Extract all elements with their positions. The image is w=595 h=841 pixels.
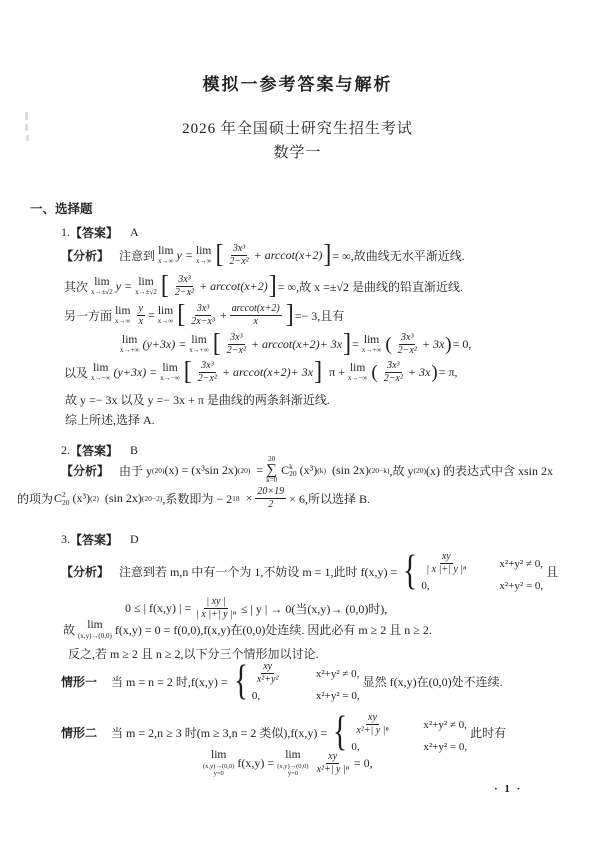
numerator: y bbox=[137, 303, 145, 316]
numerator: xy bbox=[366, 712, 379, 725]
fraction: xyx²+y² bbox=[255, 661, 281, 686]
denominator: x²+| y |ⁿ bbox=[354, 725, 390, 737]
text-run: 此时有 bbox=[470, 724, 506, 741]
exam-name: 2026 年全国硕士研究生招生考试 bbox=[0, 117, 595, 138]
limit-operator: limx→∞ bbox=[158, 306, 174, 326]
denominator: x bbox=[251, 316, 259, 328]
title-text: 模拟一参考答案与解析 bbox=[203, 70, 393, 95]
denominator: 2−x² bbox=[396, 345, 419, 357]
lim-subscript: x→∞ bbox=[115, 318, 131, 325]
numerator: xy bbox=[440, 551, 453, 564]
text-run: 由于 y bbox=[119, 462, 152, 479]
denominator: 2−x² bbox=[173, 287, 196, 299]
lim-subscript-line-2: y=0 bbox=[277, 770, 308, 777]
limit-operator: limx→+∞ bbox=[120, 335, 139, 355]
piecewise-row: xyx²+| y |ⁿ x²+y² ≠ 0, bbox=[351, 712, 467, 737]
right-bracket: ] bbox=[269, 275, 277, 297]
analysis-label: 【分析】 bbox=[61, 462, 109, 479]
limit-operator: limx→∞ bbox=[158, 246, 174, 266]
left-paren: ( bbox=[371, 364, 377, 381]
piecewise-condition: x²+y² ≠ 0, bbox=[316, 668, 360, 680]
text-run: (x³) bbox=[73, 491, 91, 506]
lim-word: lim bbox=[115, 306, 130, 318]
text-run: = bbox=[352, 337, 359, 352]
fraction: 3x³2x−x³ bbox=[189, 303, 217, 328]
fraction: | xy || x |+| y |ⁿ bbox=[194, 596, 238, 621]
lim-word: lim bbox=[211, 750, 226, 762]
text-run: (sin 2x) bbox=[332, 463, 369, 478]
q1-answer-line: 1.【答案】A bbox=[61, 224, 139, 241]
right-bracket: ] bbox=[314, 361, 322, 383]
denominator: 2x−x³ bbox=[189, 316, 217, 328]
superscript: (k) bbox=[317, 466, 326, 475]
lim-word: lim bbox=[364, 335, 379, 347]
text-run: (x³) bbox=[300, 463, 318, 478]
subscript: 20 bbox=[289, 470, 297, 478]
answer-label: 【答案】 bbox=[70, 531, 118, 548]
left-brace: { bbox=[234, 665, 248, 699]
text-run: = 0, bbox=[354, 756, 373, 771]
page-number: · 1 · bbox=[494, 783, 522, 795]
lim-subscript: x→∞ bbox=[158, 258, 174, 265]
lim-word: lim bbox=[93, 363, 108, 375]
text-run: + arccot(x+2) bbox=[254, 248, 323, 263]
q1-answer: A bbox=[130, 225, 139, 240]
piecewise-value: 0, bbox=[421, 580, 493, 592]
lim-subscript: x→∞ bbox=[196, 258, 212, 265]
text-run: 其次 bbox=[64, 278, 88, 295]
text-run: × 6,所以选择 B. bbox=[289, 490, 370, 507]
limit-operator: limx→+∞ bbox=[362, 335, 381, 355]
limit-operator: limx→−∞ bbox=[348, 363, 367, 383]
left-paren: ( bbox=[385, 336, 391, 353]
case-label: 情形二 bbox=[61, 724, 97, 741]
lim-subscript: x→+∞ bbox=[189, 347, 208, 354]
text-run: 显然 f(x,y)在(0,0)处不连续. bbox=[363, 673, 503, 690]
text-run: 注意到 bbox=[119, 247, 155, 264]
denominator: 2−x² bbox=[382, 373, 405, 385]
superscript: (20) bbox=[413, 466, 426, 475]
lim-word: lim bbox=[158, 306, 173, 318]
text-run: = 0, bbox=[453, 337, 472, 352]
lim-subscript: x→+∞ bbox=[362, 347, 381, 354]
q1-analysis-line-1: 【分析】 注意到 limx→∞ y = limx→∞ [ 3x³2−x² + a… bbox=[61, 243, 465, 268]
denominator: | x |+| y |ⁿ bbox=[424, 564, 468, 576]
limit-operator: limx→±√2 bbox=[91, 277, 113, 297]
right-paren: ) bbox=[431, 364, 437, 381]
lim-subscript: (x,y)→(0,0) bbox=[78, 633, 112, 640]
piecewise-condition: x²+y² = 0, bbox=[316, 690, 360, 702]
fraction: arccot(x+2)x bbox=[230, 303, 282, 328]
text-run: 故 y =− 3x 以及 y =− 3x + π 是曲线的两条斜渐近线. bbox=[65, 391, 330, 408]
denominator: x²+| y |ⁿ bbox=[315, 764, 351, 776]
text-run: 且 bbox=[546, 563, 558, 580]
q1-analysis-line-7: 综上所述,选择 A. bbox=[65, 411, 155, 428]
q1-analysis-line-2: 其次 limx→±√2 y = limx→±√2 [ 3x³2−x² + arc… bbox=[64, 274, 463, 299]
answer-label: 【答案】 bbox=[70, 224, 118, 241]
limit-operator: limx→±√2 bbox=[135, 277, 157, 297]
numerator: 3x³ bbox=[228, 332, 244, 345]
text-run: = bbox=[148, 308, 155, 323]
lim-word: lim bbox=[158, 246, 173, 258]
summation-operator: 20∑k=0 bbox=[266, 456, 277, 484]
left-bracket: [ bbox=[161, 275, 169, 297]
text-run: (y+3x) = bbox=[142, 337, 186, 352]
numerator: 3x³ bbox=[195, 303, 211, 316]
text-run: (x) = (x³sin 2x) bbox=[165, 463, 238, 478]
q1-number: 1. bbox=[61, 225, 70, 240]
sum-lower-limit: k=0 bbox=[266, 477, 277, 484]
limit-operator: limx→+∞ bbox=[189, 335, 208, 355]
superscript: (20) bbox=[238, 466, 251, 475]
numerator: xy bbox=[326, 751, 339, 764]
lim-subscript: x→±√2 bbox=[135, 289, 157, 296]
lim-word: lim bbox=[285, 750, 300, 762]
piecewise-row: 0, x²+y² = 0, bbox=[252, 690, 360, 702]
q3-analysis-line-4: 反之,若 m ≥ 2 且 n ≥ 2,以下分三个情形加以讨论. bbox=[68, 645, 319, 662]
left-bracket: [ bbox=[213, 333, 221, 355]
q1-analysis-line-6: 故 y =− 3x 以及 y =− 3x + π 是曲线的两条斜渐近线. bbox=[65, 391, 330, 408]
fraction: 20×192 bbox=[255, 486, 286, 511]
limit-operator: limx→−∞ bbox=[91, 363, 110, 383]
text-run: = bbox=[256, 463, 263, 478]
numerator: 20×19 bbox=[255, 486, 286, 499]
left-bracket: [ bbox=[184, 361, 192, 383]
limit-operator: lim(x,y)→(0,0) bbox=[78, 620, 112, 640]
q1-analysis-line-4: limx→+∞ (y+3x) = limx→+∞ [ 3x³2−x² + arc… bbox=[117, 332, 471, 357]
q3-analysis-line-1: 【分析】 注意到若 m,n 中有一个为 1,不妨设 m = 1,此时 f(x,y… bbox=[61, 551, 558, 592]
lim-subscript: x→+∞ bbox=[120, 347, 139, 354]
denominator: 2 bbox=[266, 499, 275, 511]
text-run: f(x,y) = bbox=[237, 756, 274, 771]
text-run: 当 m = 2,n ≥ 3 时(m ≥ 3,n = 2 类似),f(x,y) = bbox=[111, 724, 327, 741]
text-run: π + bbox=[329, 365, 345, 380]
piecewise-rows: xyx²+y² x²+y² ≠ 0, 0, x²+y² = 0, bbox=[252, 661, 360, 702]
q3-answer: D bbox=[130, 532, 139, 547]
superscript: (2) bbox=[90, 494, 99, 503]
lim-subscript: x→−∞ bbox=[91, 375, 110, 382]
superscript: (20) bbox=[152, 466, 165, 475]
piecewise-function: { xyx²+y² x²+y² ≠ 0, 0, x²+y² = 0, bbox=[231, 661, 360, 702]
sigma-symbol: ∑ bbox=[266, 463, 277, 477]
q2-analysis-line-2: 的项为 C220 (x³)(2) (sin 2x)(20−2) ,系数即为 − … bbox=[17, 486, 370, 511]
text-run: × bbox=[246, 491, 253, 506]
fraction: 3x³2−x² bbox=[196, 360, 219, 385]
text-run: 以及 bbox=[64, 364, 88, 381]
left-bracket: [ bbox=[215, 244, 223, 266]
numerator: 3x³ bbox=[399, 332, 415, 345]
lim-word: lim bbox=[94, 277, 109, 289]
text-run: + arccot(x+2) bbox=[199, 279, 268, 294]
lim-word: lim bbox=[138, 277, 153, 289]
exam-name-text: 2026 年全国硕士研究生招生考试 bbox=[182, 117, 413, 138]
denominator: 2−x² bbox=[196, 373, 219, 385]
right-bracket: ] bbox=[323, 244, 331, 266]
q1-analysis-line-3: 另一方面 limx→∞ yx = limx→∞ [ 3x³2x−x³ + arc… bbox=[64, 303, 344, 328]
subscript: 20 bbox=[62, 499, 70, 507]
q3-case-1-line: 情形一 当 m = n = 2 时,f(x,y) = { xyx²+y² x²+… bbox=[61, 661, 503, 702]
right-bracket: ] bbox=[343, 333, 351, 355]
piecewise-function: { xyx²+| y |ⁿ x²+y² ≠ 0, 0, x²+y² = 0, bbox=[330, 712, 467, 753]
text-run: = ∞,故曲线无水平渐近线. bbox=[332, 247, 464, 264]
superscript: (20−k) bbox=[369, 466, 389, 475]
lim-subscript: x→−∞ bbox=[160, 375, 179, 382]
denominator: 2−x² bbox=[225, 345, 248, 357]
piecewise-condition: x²+y² = 0, bbox=[499, 580, 543, 592]
text-run: 当 m = n = 2 时,f(x,y) = bbox=[111, 673, 228, 690]
lim-subscript-line-2: y=0 bbox=[203, 770, 234, 777]
piecewise-condition: x²+y² ≠ 0, bbox=[423, 719, 467, 731]
fraction: yx bbox=[137, 303, 145, 328]
piecewise-rows: xy| x |+| y |ⁿ x²+y² ≠ 0, 0, x²+y² = 0, bbox=[421, 551, 543, 592]
lim-subscript: (x,y)→(0,0)y=0 bbox=[277, 763, 308, 778]
text-run: (x) 的表达式中含 xsin 2x bbox=[426, 462, 553, 479]
page-title: 模拟一参考答案与解析 bbox=[0, 70, 595, 95]
left-brace: { bbox=[333, 716, 347, 750]
lim-word: lim bbox=[196, 246, 211, 258]
limit-operator: limx→∞ bbox=[196, 246, 212, 266]
text-run: 的项为 bbox=[17, 490, 53, 507]
fraction: xyx²+| y |ⁿ bbox=[354, 712, 390, 737]
text-run: 综上所述,选择 A. bbox=[65, 411, 155, 428]
piecewise-row: xy| x |+| y |ⁿ x²+y² ≠ 0, bbox=[421, 551, 543, 576]
piecewise-function: { xy| x |+| y |ⁿ x²+y² ≠ 0, 0, x²+y² = 0… bbox=[400, 551, 543, 592]
lim-word: lim bbox=[162, 363, 177, 375]
lim-subscript: x→−∞ bbox=[348, 375, 367, 382]
text-run: f(x,y) = 0 = f(0,0),f(x,y)在(0,0)处连续. 因此必… bbox=[115, 621, 432, 638]
text-run: ≤ | y | → 0(当(x,y)→ (0,0)时), bbox=[241, 600, 387, 617]
denominator: x²+y² bbox=[255, 674, 281, 686]
fraction: 3x³2−x² bbox=[382, 360, 405, 385]
q2-analysis-line-1: 【分析】 由于 y(20)(x) = (x³sin 2x)(20) = 20∑k… bbox=[61, 456, 553, 484]
piecewise-value: 0, bbox=[252, 690, 310, 702]
text-run: + bbox=[220, 308, 227, 323]
sup-sub-stack: 220 bbox=[62, 491, 70, 506]
lim-subscript: x→∞ bbox=[158, 318, 174, 325]
lim-word: lim bbox=[87, 620, 102, 632]
scanned-exam-page: 模拟一参考答案与解析 2026 年全国硕士研究生招生考试 数学一 一、选择题 1… bbox=[0, 0, 595, 841]
piecewise-row: xyx²+y² x²+y² ≠ 0, bbox=[252, 661, 360, 686]
limit-operator: lim(x,y)→(0,0)y=0 bbox=[277, 750, 308, 777]
text-run: = ∞,故 x =±√2 是曲线的铅直渐近线. bbox=[278, 278, 463, 295]
text-run: = π, bbox=[439, 365, 458, 380]
superscript: (20−2) bbox=[142, 494, 162, 503]
lim-word: lim bbox=[191, 335, 206, 347]
numerator: 3x³ bbox=[199, 360, 215, 373]
sup-sub-stack: k20 bbox=[289, 463, 297, 478]
text-run: y = bbox=[177, 248, 193, 263]
q3-number: 3. bbox=[61, 532, 70, 547]
text-run: (y+3x) = bbox=[113, 365, 157, 380]
piecewise-condition: x²+y² = 0, bbox=[423, 741, 467, 753]
fraction: 3x³2−x² bbox=[227, 243, 250, 268]
piecewise-row: 0, x²+y² = 0, bbox=[421, 580, 543, 592]
text-run: 注意到若 m,n 中有一个为 1,不妨设 m = 1,此时 f(x,y) = bbox=[119, 563, 397, 580]
right-paren: ) bbox=[445, 336, 451, 353]
limit-operator: lim(x,y)→(0,0)y=0 bbox=[203, 750, 234, 777]
fraction: xy| x |+| y |ⁿ bbox=[424, 551, 468, 576]
limit-operator: limx→−∞ bbox=[160, 363, 179, 383]
text-run: 故 bbox=[63, 621, 75, 638]
case-label: 情形一 bbox=[61, 673, 97, 690]
numerator: 3x³ bbox=[176, 274, 192, 287]
left-brace: { bbox=[403, 555, 417, 589]
limit-operator: limx→∞ bbox=[115, 306, 131, 326]
text-run: + 3x bbox=[422, 337, 444, 352]
piecewise-condition: x²+y² ≠ 0, bbox=[499, 558, 543, 570]
denominator: x bbox=[137, 316, 145, 328]
q3-analysis-line-3: 故 lim(x,y)→(0,0) f(x,y) = 0 = f(0,0),f(x… bbox=[63, 620, 432, 640]
combination-symbol: C bbox=[54, 491, 62, 506]
left-bracket: [ bbox=[177, 304, 185, 326]
right-bracket: ] bbox=[286, 304, 294, 326]
lim-subscript-line-1: (x,y)→(0,0) bbox=[277, 763, 308, 770]
numerator: arccot(x+2) bbox=[230, 303, 282, 316]
text-run: 0 ≤ | f(x,y) | = bbox=[125, 601, 191, 616]
exam-subject-text: 数学一 bbox=[273, 141, 321, 162]
numerator: 3x³ bbox=[231, 243, 247, 256]
piecewise-rows: xyx²+| y |ⁿ x²+y² ≠ 0, 0, x²+y² = 0, bbox=[351, 712, 467, 753]
analysis-label: 【分析】 bbox=[61, 563, 109, 580]
numerator: | xy | bbox=[204, 596, 227, 609]
text-run: ,故 y bbox=[389, 462, 413, 479]
text-run: 另一方面 bbox=[64, 307, 112, 324]
q3-analysis-line-2: 0 ≤ | f(x,y) | = | xy || x |+| y |ⁿ ≤ | … bbox=[125, 596, 387, 621]
section-heading: 一、选择题 bbox=[30, 199, 93, 217]
text-run: + arccot(x+2)+ 3x bbox=[222, 365, 313, 380]
section-heading-text: 一、选择题 bbox=[30, 199, 93, 217]
lim-word: lim bbox=[350, 363, 365, 375]
text-run: (sin 2x) bbox=[105, 491, 142, 506]
fraction: xyx²+| y |ⁿ bbox=[315, 751, 351, 776]
text-run: + arccot(x+2)+ 3x bbox=[251, 337, 342, 352]
q3-answer-line: 3.【答案】D bbox=[61, 531, 139, 548]
q1-analysis-line-5: 以及 limx→−∞ (y+3x) = limx→−∞ [ 3x³2−x² + … bbox=[64, 360, 458, 385]
text-run: y = bbox=[116, 279, 132, 294]
q3-case-2-line: 情形二 当 m = 2,n ≥ 3 时(m ≥ 3,n = 2 类似),f(x,… bbox=[61, 712, 506, 753]
exam-subject: 数学一 bbox=[0, 141, 595, 162]
lim-subscript-line-1: (x,y)→(0,0) bbox=[203, 763, 234, 770]
lim-subscript: x→±√2 bbox=[91, 289, 113, 296]
lim-word: lim bbox=[122, 335, 137, 347]
analysis-label: 【分析】 bbox=[61, 247, 109, 264]
text-run: ,系数即为 − 2 bbox=[162, 490, 232, 507]
text-run: =− 3,且有 bbox=[295, 307, 345, 324]
combination-symbol: C bbox=[281, 463, 289, 478]
text-run: + 3x bbox=[408, 365, 430, 380]
fraction: 3x³2−x² bbox=[396, 332, 419, 357]
page-number-text: · 1 · bbox=[494, 783, 522, 795]
text-run: 反之,若 m ≥ 2 且 n ≥ 2,以下分三个情形加以讨论. bbox=[68, 645, 319, 662]
superscript: 18 bbox=[232, 494, 240, 503]
q3-analysis-line-5: lim(x,y)→(0,0)y=0 f(x,y) = lim(x,y)→(0,0… bbox=[200, 750, 373, 777]
denominator: 2−x² bbox=[227, 256, 250, 268]
fraction: 3x³2−x² bbox=[225, 332, 248, 357]
numerator: 3x³ bbox=[385, 360, 401, 373]
fraction: 3x³2−x² bbox=[173, 274, 196, 299]
lim-subscript: (x,y)→(0,0)y=0 bbox=[203, 763, 234, 778]
numerator: xy bbox=[261, 661, 274, 674]
